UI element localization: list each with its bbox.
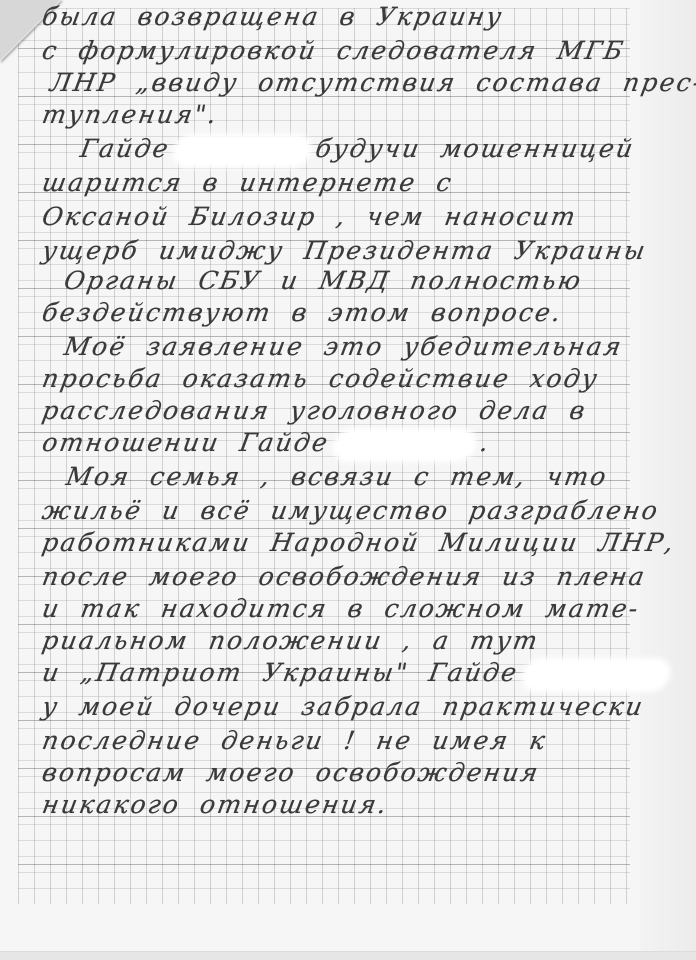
text-line: Моя семья , всвязи с тем, что [64, 462, 610, 491]
line-text [672, 658, 677, 687]
text-line: Органы СБУ и МВД полностью [62, 266, 585, 295]
text-line: и так находится в сложном мате- [40, 594, 642, 623]
line-text: Гайде [78, 134, 172, 163]
text-line: и „Патриот Украины" Гайде [40, 658, 677, 688]
text-line: риальном положении , а тут [40, 626, 542, 655]
text-line: жильё и всё имущество разграблено [40, 496, 662, 525]
text-line: ущерб имиджу Президента Украины [40, 236, 649, 265]
redaction-block [524, 662, 669, 688]
text-line: вопросам моего освобождения [40, 758, 542, 787]
text-line: работниками Народной Милиции ЛНР, [40, 528, 678, 557]
text-line: ЛНР „ввиду отсутствия состава прес- [48, 68, 696, 97]
text-line: была возвращена в Украину [40, 2, 506, 31]
line-text: . [478, 428, 493, 457]
text-line: тупления". [40, 100, 221, 129]
text-line: никакого отношения. [40, 790, 391, 819]
text-line: последние деньги ! не имея к [40, 726, 549, 755]
line-text: отношении Гайде [40, 428, 332, 457]
text-line: просьба оказать содействие ходу [40, 364, 601, 393]
redaction-block [335, 432, 475, 458]
handwritten-text: была возвращена в Украину с формулировко… [0, 0, 696, 960]
scanned-page: была возвращена в Украину с формулировко… [0, 0, 696, 960]
text-line: расследования уголовного дела в [40, 396, 589, 425]
text-line: шарится в интернете с [40, 168, 456, 197]
text-line: Моё заявление это убедительная [62, 332, 625, 361]
redaction-block [175, 138, 310, 164]
text-line: бездействуют в этом вопросе. [40, 298, 565, 327]
text-line: у моей дочери забрала практически [40, 692, 647, 721]
text-line: с формулировкой следователя МГБ [40, 36, 627, 65]
text-line: после моего освобождения из плена [40, 562, 649, 591]
text-line: отношении Гайде. [40, 428, 493, 458]
text-line: Гайдебудучи мошенницей [78, 134, 637, 164]
text-line: Оксаной Билозир , чем наносит [40, 202, 580, 231]
line-text: будучи мошенницей [313, 134, 637, 163]
line-text: и „Патриот Украины" Гайде [40, 658, 521, 687]
